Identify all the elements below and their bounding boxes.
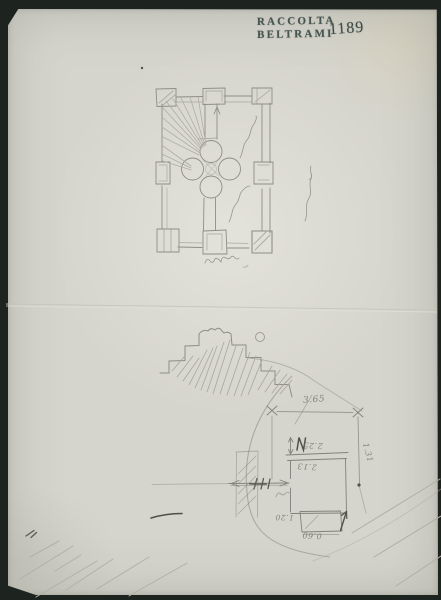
bottom-right-strokes [313,479,441,586]
measured-plan-sketch [152,395,366,535]
dimension-bottom-width: 0.60 [302,530,322,540]
quatrefoil-pier [182,141,241,199]
dimension-inner-upper: 2.25 [303,440,323,450]
profile-hatching [172,340,292,396]
fold-crease [6,304,437,312]
upper-church-plan-sketch [141,67,312,267]
stepped-profile-sketch [160,328,362,411]
plan-axis-lines [198,104,220,230]
pencil-sketch-layer [0,0,441,600]
dimension-x-mark [267,406,277,415]
dimension-bottom-offset: 1.20 [275,513,294,523]
stray-pencil-strokes [20,479,441,597]
archive-photograph: RACCOLTA BELTRAMI 1189 3.65 2.25 2.13 1.… [0,0,441,600]
dimension-inner-lower: 2.13 [297,461,317,471]
inventory-number: 1189 [328,19,365,39]
dimension-x-mark [353,408,363,417]
fan-hatching [162,97,206,170]
dimension-top-width: 3.65 [303,394,326,406]
pencil-speck [141,67,143,69]
